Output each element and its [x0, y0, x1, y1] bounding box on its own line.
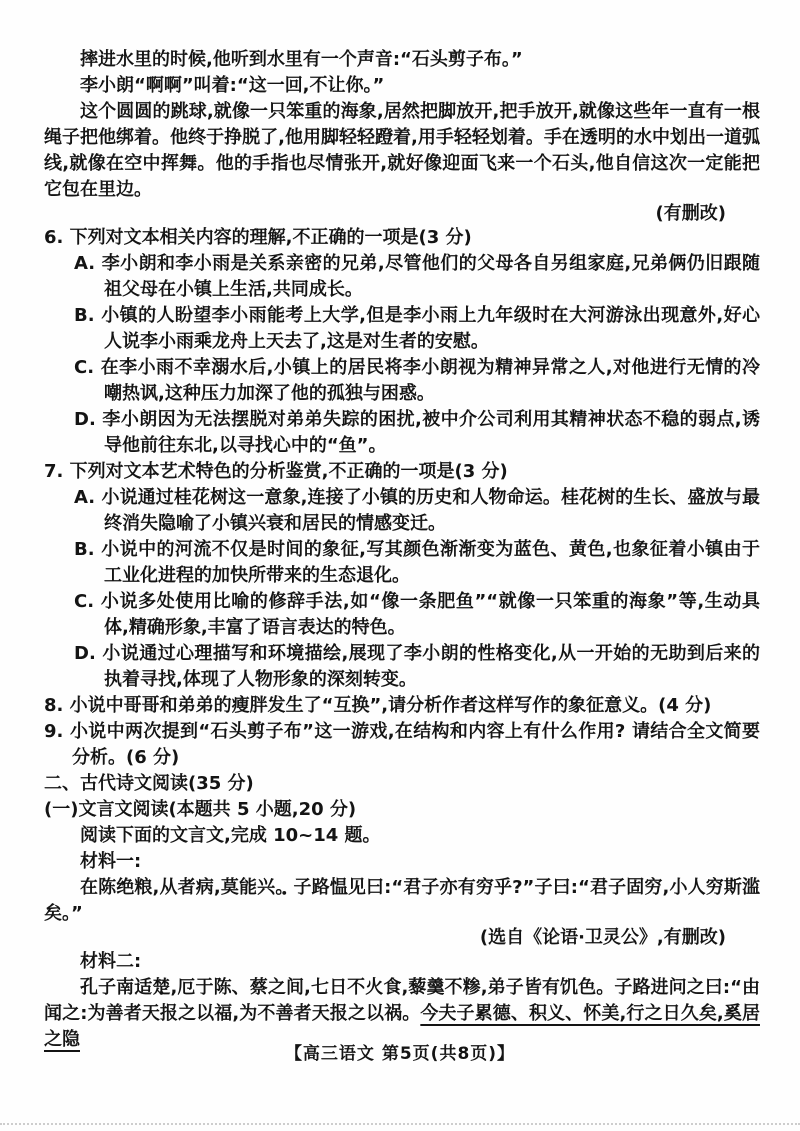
- revision-note: (有删改): [44, 203, 760, 225]
- question-6-option-a: A. 李小朗和李小雨是关系亲密的兄弟,尽管他们的父母各自另组家庭,兄弟俩仍旧跟随…: [74, 251, 760, 303]
- material-1-text: 在陈绝粮,从者病,莫能兴。子路愠见曰:“君子亦有穷乎?”子曰:“君子固穷,小人穷…: [44, 875, 760, 927]
- material-1-dotted-char: 兴: [257, 877, 275, 898]
- page-content: 摔进水里的时候,他听到水里有一个声音:“石头剪子布。” 李小朗“啊啊”叫着:“这…: [0, 0, 800, 1053]
- question-7-option-a: A. 小说通过桂花树这一意象,连接了小镇的历史和人物命运。桂花树的生长、盛放与最…: [74, 485, 760, 537]
- question-8-stem: 8. 小说中哥哥和弟弟的瘦胖发生了“互换”,请分析作者这样写作的象征意义。(4 …: [44, 693, 760, 719]
- exam-paper-page: 摔进水里的时候,他听到水里有一个声音:“石头剪子布。” 李小朗“啊啊”叫着:“这…: [0, 0, 800, 1131]
- question-6-stem: 6. 下列对文本相关内容的理解,不正确的一项是(3 分): [44, 225, 760, 251]
- page-footer: 【高三语文 第5页(共8页)】: [0, 1041, 800, 1067]
- question-6-option-d: D. 李小朗因为无法摆脱对弟弟失踪的困扰,被中介公司利用其精神状态不稳的弱点,诱…: [74, 407, 760, 459]
- question-7-option-b: B. 小说中的河流不仅是时间的象征,写其颜色渐渐变为蓝色、黄色,也象征着小镇由于…: [74, 537, 760, 589]
- reading-instruction: 阅读下面的文言文,完成 10~14 题。: [44, 823, 760, 849]
- question-6-option-c: C. 在李小雨不幸溺水后,小镇上的居民将李小朗视为精神异常之人,对他进行无情的冷…: [74, 355, 760, 407]
- material-2-label: 材料二:: [44, 949, 760, 975]
- section-2-heading: 二、古代诗文阅读(35 分): [44, 771, 760, 797]
- question-6: 6. 下列对文本相关内容的理解,不正确的一项是(3 分) A. 李小朗和李小雨是…: [44, 225, 760, 459]
- passage-paragraph: 这个圆圆的跳球,就像一只笨重的海象,居然把脚放开,把手放开,就像这些年一直有一根…: [44, 99, 760, 203]
- question-7: 7. 下列对文本艺术特色的分析鉴赏,不正确的一项是(3 分) A. 小说通过桂花…: [44, 459, 760, 693]
- question-6-option-b: B. 小镇的人盼望李小雨能考上大学,但是李小雨上九年级时在大河游泳出现意外,好心…: [74, 303, 760, 355]
- scan-edge-line: [0, 1123, 800, 1125]
- material-1-source: (选自《论语·卫灵公》,有删改): [44, 927, 760, 949]
- question-7-stem: 7. 下列对文本艺术特色的分析鉴赏,不正确的一项是(3 分): [44, 459, 760, 485]
- passage-line-2: 李小朗“啊啊”叫着:“这一回,不让你。”: [44, 73, 760, 99]
- question-9-stem: 9. 小说中两次提到“石头剪子布”这一游戏,在结构和内容上有什么作用? 请结合全…: [44, 719, 760, 771]
- question-7-option-c: C. 小说多处使用比喻的修辞手法,如“像一条肥鱼”“就像一只笨重的海象”等,生动…: [74, 589, 760, 641]
- material-2-dotted-char: 适: [134, 977, 152, 998]
- material-1-label: 材料一:: [44, 849, 760, 875]
- material-1-text-pre: 在陈绝粮,从者病,莫能: [80, 877, 257, 898]
- passage-line-1: 摔进水里的时候,他听到水里有一个声音:“石头剪子布。”: [44, 47, 760, 73]
- question-7-option-d: D. 小说通过心理描写和环境描绘,展现了李小朗的性格变化,从一开始的无助到后来的…: [74, 641, 760, 693]
- section-2-subheading: (一)文言文阅读(本题共 5 小题,20 分): [44, 797, 760, 823]
